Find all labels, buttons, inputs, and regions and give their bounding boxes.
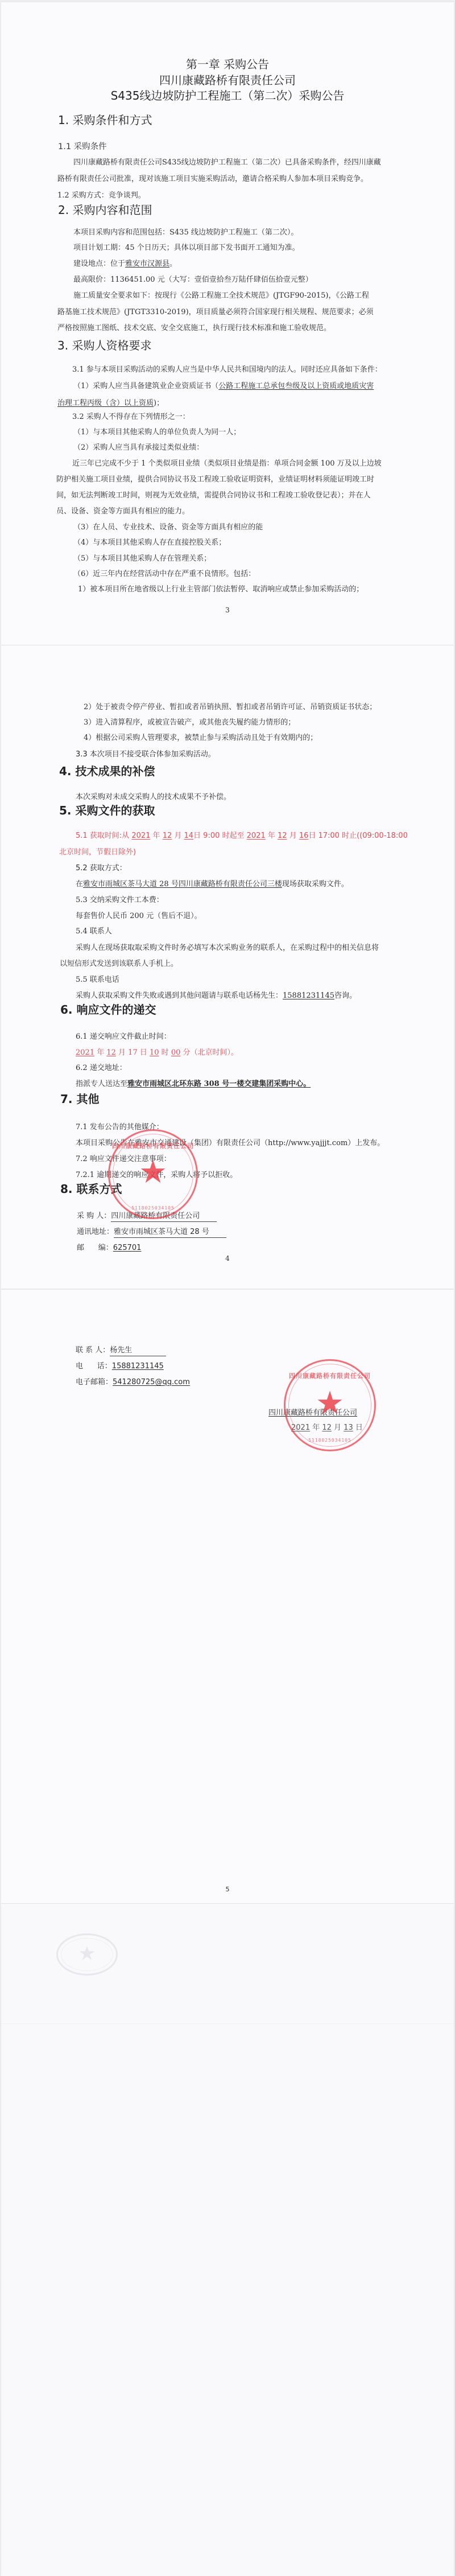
- section-1-1-heading: 1.1 采购条件: [58, 141, 107, 153]
- section-7-heading: 7. 其他: [60, 1092, 99, 1106]
- section-6-heading: 6. 响应文件的递交: [60, 1002, 156, 1017]
- method-suffix: 现场获取采购文件。: [282, 880, 349, 888]
- company-title: 四川康藏路桥有限责任公司: [1, 73, 454, 88]
- deadline-minute: 00: [171, 1048, 181, 1057]
- req-3-1: 3.1 参与本项目采购活动的采购人应当是中华人民共和国境内的法人。同时还应具备如…: [72, 365, 382, 375]
- acquisition-time-line2: 北京时间，节假日除外): [59, 847, 136, 858]
- deadline-month: 12: [106, 1048, 116, 1057]
- req-item-1: （1）与本项目其他采购人的单位负责人为同一人；: [73, 427, 241, 438]
- qualification-requirement: 公路工程施工总承包叁级及以上资质或地质灾害: [218, 382, 374, 390]
- contact-person-value: 杨先生: [110, 1345, 166, 1356]
- address-text: 指派专人送达至雅安市雨城区北环东路 308 号一楼交建集团采购中心。: [76, 1079, 311, 1089]
- deadline-hour: 10: [150, 1048, 159, 1057]
- contact-line2: 以短信形式发送到该联系人手机上。: [60, 959, 178, 969]
- req-item-3: （3）在人员、专业技术、设备、资金等方面具有相应的能: [73, 522, 263, 533]
- contact-person-label: 联 系 人：: [76, 1346, 110, 1355]
- mailing-address-label: 通讯地址：: [77, 1228, 114, 1236]
- quality-line3: 严格按照施工图纸、技术交底、安全交底施工，执行现行技术标准和施工验收规范。: [57, 323, 331, 334]
- stamp-text: 四川康藏路桥有限责任公司: [286, 1371, 374, 1380]
- section-3-heading: 3. 采购人资格要求: [57, 338, 151, 353]
- page-5: 联 系 人：杨先生 电 话：15881231145 电子邮箱：541280725…: [1, 1290, 454, 1903]
- media-text: 本项目采购公告在雅安市交通建设（集团）有限责任公司（http://www.yaj…: [76, 1138, 384, 1149]
- phone-suffix: 咨询。: [334, 991, 357, 1000]
- quality-line2: 路基施工技术规范》(JTGT3310-2019)，项目质量必须符合国家现行相关规…: [57, 307, 374, 318]
- period-text: 项目计划工期：45 个日历天；具体以项目部下发书面开工通知为准。: [73, 243, 300, 253]
- phone-value[interactable]: 15881231145: [283, 991, 334, 1000]
- signature-company-name: 四川康藏路桥有限责任公司: [268, 1409, 357, 1417]
- phone-prefix: 采购人获取采购文件失败或遇到其他问题请与联系电话杨先生：: [76, 991, 283, 1000]
- req-item-5: （5）与本项目其他采购人存在管理关系；: [73, 554, 211, 564]
- contact-heading: 5.4 联系人: [76, 927, 112, 937]
- signature-day: 13: [344, 1423, 353, 1432]
- location-label: 建设地点：位于: [73, 260, 125, 268]
- bad-record-4: 4）根据公司采购人管理要求，被禁止参与采购活动且处于有效期内的；: [84, 733, 317, 743]
- req-3-1-1-end: )；: [154, 399, 164, 408]
- location-value: 雅安市汉源县: [125, 260, 169, 268]
- end-year: 2021: [247, 832, 266, 840]
- fold-line: [1, 2023, 454, 2024]
- stamp-code: 5118025034105: [286, 1438, 374, 1443]
- star-icon: ★: [78, 1944, 96, 1963]
- section-1-heading: 1. 采购条件和方式: [58, 113, 152, 127]
- telephone-value[interactable]: 15881231145: [112, 1362, 164, 1371]
- media-heading: 7.1 发布公告的其他媒介：: [76, 1122, 164, 1133]
- company-seal-stamp: 四川康藏路桥有限责任公司 ★ 5118025034105: [284, 1359, 376, 1451]
- project-title: S435线边坡防护工程施工（第二次）采购公告: [1, 88, 454, 103]
- notes-heading: 7.2 响应文件递交注意事项：: [76, 1154, 171, 1164]
- purchaser-value: 四川康藏路桥有限责任公司: [111, 1211, 217, 1222]
- end-month: 12: [278, 832, 287, 840]
- telephone-label: 电 话：: [76, 1362, 112, 1371]
- phone-heading: 5.5 联系电话: [76, 975, 119, 985]
- chapter-title: 第一章 采购公告: [1, 57, 454, 72]
- performance-line1: 近三年已完成不少于 1 个类似项目业绩（类似项目业绩是指：单项合同金额 100 …: [72, 459, 382, 469]
- purchaser-row: 采 购 人：四川康藏路桥有限责任公司: [77, 1211, 217, 1222]
- scope-text: 本项目采购内容和范围包括：S435 线边坡防护工程施工（第二次）。: [73, 228, 298, 238]
- req-3-3: 3.3 本次项目不接受联合体参加采购活动。: [76, 750, 216, 760]
- bad-record-1: 1）被本项目所在地省级以上行业主管部门依法暂停、取消响应或禁止参加采购活动的；: [78, 585, 363, 595]
- deadline-suffix: 分（北京时间）。: [183, 1048, 239, 1057]
- page-4: 2）处于被责令停产停业、暂扣或者吊销执照、暂扣或者吊销许可证、吊销资质证书状态；…: [1, 645, 454, 1289]
- purchaser-label: 采 购 人：: [77, 1212, 111, 1220]
- qualification-requirement-cont: 治理工程丙级（含）以上资质: [57, 399, 154, 408]
- bad-record-3: 3）进入清算程序，或被宣告破产，或其他丧失履约能力情形的；: [84, 718, 295, 728]
- start-month: 12: [163, 832, 172, 840]
- bad-record-2: 2）处于被责令停产停业、暂扣或者吊销执照、暂扣或者吊销许可证、吊销资质证书状态；: [84, 702, 377, 713]
- page-6: ★: [1, 1904, 454, 2576]
- email-value[interactable]: 541280725@qq.com: [113, 1378, 190, 1386]
- postcode-row: 邮 编：625701: [77, 1243, 141, 1253]
- section-5-heading: 5. 采购文件的获取: [59, 803, 155, 818]
- location-text: 建设地点：位于雅安市汉源县。: [73, 259, 177, 269]
- address-prefix: 指派专人送达至: [76, 1080, 127, 1088]
- signature-year: 2021: [291, 1423, 310, 1432]
- page-number: 4: [1, 1254, 454, 1262]
- performance-line4: 员、设备、资金等方面具有相应的能力。: [56, 507, 189, 517]
- fee-heading: 5.3 交纳采购文件工本费：: [76, 895, 164, 906]
- signature-month: 12: [322, 1423, 332, 1432]
- signature-date: 2021 年 12 月 13 日: [291, 1423, 363, 1433]
- method-address: 雅安市雨城区茶马大道 28 号四川康藏路桥有限责任公司三楼: [83, 880, 282, 888]
- stamp-inner-ring: [61, 1938, 113, 1971]
- method-prefix: 在: [76, 880, 83, 888]
- mailing-address-row: 通讯地址：雅安市雨城区茶马大道 28 号: [77, 1227, 226, 1238]
- postcode-value: 625701: [113, 1244, 142, 1252]
- end-time: 日 17:00 时止((09:00-18:00: [308, 832, 408, 840]
- media-text-content: 本项目采购公告在雅安市交通建设（集团）有限责任公司（http://www.yaj…: [76, 1139, 384, 1147]
- time-prefix: 5.1 获取时间:从: [76, 832, 131, 840]
- contact-line1: 采购人在现场获取取采购文件时务必填写本次采购业务的联系人，在采购过程中的相关信息…: [76, 943, 379, 953]
- start-day: 14: [184, 832, 194, 840]
- quality-line1: 施工质量安全要求如下：按现行《公路工程施工全技术规范》(JTGF90-2015)…: [73, 291, 369, 301]
- deadline-year: 2021: [76, 1048, 94, 1057]
- req-3-1-1: （1）采购人应当具备建筑业企业资质证书（公路工程施工总承包叁级及以上资质或地质灾…: [73, 381, 374, 392]
- section-1-2-text: 1.2 采购方式：竞争谈判。: [57, 191, 146, 201]
- deadline-heading: 6.1 递交响应文件截止时间：: [76, 1032, 171, 1042]
- deadline-day: 月 17 日: [118, 1048, 150, 1057]
- method-heading: 5.2 获取方式：: [76, 863, 127, 874]
- req-3-1-1-prefix: （1）采购人应当具备建筑业企业资质证书（: [73, 382, 218, 390]
- section-1-1-text-line1: 四川康藏路桥有限责任公司S435线边坡防护工程施工（第二次）已具备采购条件，经四…: [73, 158, 381, 168]
- day-unit: 日: [353, 1423, 363, 1432]
- stamp-code: 5118025034105: [110, 1205, 196, 1211]
- page-number: 3: [1, 606, 454, 614]
- mailing-address-value: 雅安市雨城区茶马大道 28 号: [114, 1227, 226, 1238]
- ghost-stamp-impression: ★: [56, 1933, 118, 1976]
- max-price-text: 最高限价：1136451.00 元（大写：壹佰壹拾叁万陆仟肆佰伍拾壹元整）: [73, 275, 313, 285]
- phone-text: 采购人获取采购文件失败或遇到其他问题请与联系电话杨先生：15881231145咨…: [76, 991, 357, 1001]
- start-year: 2021: [131, 832, 150, 840]
- end-day: 16: [299, 832, 309, 840]
- performance-line2: 防护相关施工项目业绩，提供合同协议书及工程竣工验收证明资料，业绩证明材料须能证明…: [56, 475, 374, 485]
- req-3-1-1-cont: 治理工程丙级（含）以上资质)；: [57, 398, 164, 409]
- contact-person-row: 联 系 人：杨先生: [76, 1345, 166, 1356]
- email-row: 电子邮箱：541280725@qq.com: [76, 1377, 190, 1388]
- year-unit: 年: [310, 1423, 322, 1432]
- telephone-row: 电 话：15881231145: [76, 1361, 164, 1372]
- req-item-2: （2）采购人应当具有承接过类似业绩：: [73, 443, 204, 453]
- req-item-6: （6）近三年内在经营活动中存在严重不良情形。包括：: [73, 569, 255, 579]
- section-4-text: 本次采购对未成交采购人的技术成果不予补偿。: [76, 792, 231, 803]
- postcode-label: 邮 编：: [77, 1244, 113, 1252]
- location-end: 。: [169, 260, 177, 268]
- address-value: 雅安市雨城区北环东路 308 号一楼交建集团采购中心。: [127, 1080, 311, 1088]
- email-label: 电子邮箱：: [76, 1378, 113, 1386]
- page-3: 第一章 采购公告 四川康藏路桥有限责任公司 S435线边坡防护工程施工（第二次）…: [1, 2, 454, 645]
- section-4-heading: 4. 技术成果的补偿: [59, 764, 155, 779]
- fee-text: 每套售价人民币 200 元（售后不退）。: [76, 911, 202, 921]
- section-2-heading: 2. 采购内容和范围: [58, 203, 152, 217]
- note-7-2-1: 7.2.1 逾期递交的响应文件，采购人将予以拒收。: [76, 1170, 237, 1180]
- start-time: 日 9:00 时起至: [193, 832, 247, 840]
- acquisition-time: 5.1 获取时间:从 2021 年 12 月 14日 9:00 时起至 2021…: [76, 831, 408, 841]
- performance-line3: 间，如无法判断竣工时间，则视为无效业绩，需提供合同协议书和工程竣工验收登记表）；…: [56, 491, 371, 501]
- req-item-4: （4）与本项目其他采购人存在直接控股关系；: [73, 538, 226, 548]
- method-text: 在雅安市雨城区茶马大道 28 号四川康藏路桥有限责任公司三楼现场获取采购文件。: [76, 879, 349, 890]
- month-unit: 月: [332, 1423, 344, 1432]
- deadline-text: 2021 年 12 月 17 日 10 时 00 分（北京时间）。: [76, 1048, 238, 1058]
- page-number: 5: [1, 1886, 454, 1893]
- address-heading: 6.2 递交地址：: [76, 1063, 127, 1073]
- section-1-1-text-line2: 路桥有限责任公司批准，现对该施工项目实施采购活动，邀请合格采购人参加本项目采购竞…: [57, 174, 368, 184]
- signature-company: 四川康藏路桥有限责任公司: [268, 1408, 357, 1418]
- req-3-2: 3.2 采购人不得存在下列情形之一：: [72, 412, 190, 422]
- section-8-heading: 8. 联系方式: [60, 1182, 122, 1196]
- stamp-inner-ring: [288, 1364, 371, 1447]
